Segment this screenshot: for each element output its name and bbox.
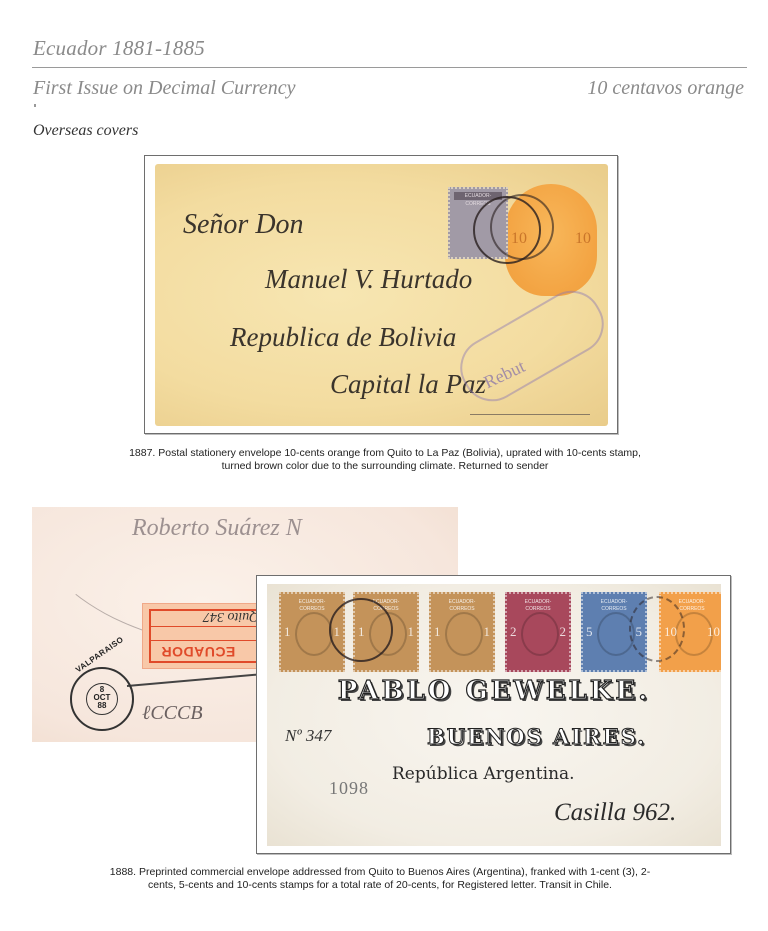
address-line: Señor Don xyxy=(183,209,304,241)
stamp-banner: ECUADOR-CORREOS xyxy=(513,599,563,606)
stamp-value: 5 xyxy=(586,624,593,640)
label-country: ECUADOR xyxy=(161,644,235,660)
embossed-value-right: 10 xyxy=(575,230,591,248)
postmark-date: 8 OCT 88 xyxy=(72,686,132,710)
stamp-coat-of-arms xyxy=(445,612,483,656)
addressee-firm-name: PABLO GEWELKE. xyxy=(267,676,721,706)
header-divider xyxy=(32,67,747,68)
stamp-banner: ECUADOR-CORREOS xyxy=(589,599,639,606)
stamp-value: 1 xyxy=(284,624,291,640)
postmark-town: VALPARAISO xyxy=(74,635,125,675)
registration-number: Nº 347 xyxy=(285,726,331,746)
quito-postmark xyxy=(629,596,685,662)
quito-postmark xyxy=(329,598,393,662)
address-line: Republica de Bolivia xyxy=(230,322,456,353)
address-line: Manuel V. Hurtado xyxy=(265,264,472,295)
addressee-country: República Argentina. xyxy=(392,764,575,784)
stamp-coat-of-arms xyxy=(295,612,333,656)
sender-signature: Roberto Suárez N xyxy=(132,515,302,542)
stamp-issue-label: 10 centavos orange xyxy=(587,77,744,100)
stamp-coat-of-arms xyxy=(521,612,559,656)
stamp-2c: ECUADOR-CORREOS22 xyxy=(505,592,571,672)
registration-label: ECUADOR Quito 347 xyxy=(142,603,272,669)
rebut-handstamp-oval xyxy=(449,280,608,412)
stamp-1c: ECUADOR-CORREOS11 xyxy=(429,592,495,672)
album-page-subtitle: First Issue on Decimal Currency xyxy=(33,77,296,100)
cover-2-caption: 1888. Preprinted commercial envelope add… xyxy=(100,866,660,892)
label-rule xyxy=(149,640,271,641)
postmark-circle xyxy=(490,194,554,260)
address-underline xyxy=(470,414,590,415)
cover-2-frame: ECUADOR-CORREOS11ECUADOR-CORREOS11ECUADO… xyxy=(256,575,731,854)
stamp-value: 1 xyxy=(434,624,441,640)
stamp-banner: ECUADOR-CORREOS xyxy=(437,599,487,606)
po-box: Casilla 962. xyxy=(554,799,676,827)
tick-mark xyxy=(34,104,36,107)
secondary-number: 1098 xyxy=(329,778,369,799)
handwritten-scrawl: ℓCCCB xyxy=(142,702,203,725)
cover-1-caption: 1887. Postal stationery envelope 10-cent… xyxy=(120,447,650,473)
stamp-value: 10 xyxy=(707,624,720,640)
section-title: Overseas covers xyxy=(33,122,138,140)
commercial-envelope: ECUADOR-CORREOS11ECUADOR-CORREOS11ECUADO… xyxy=(267,584,721,846)
postal-stationery-envelope: 10 10 ECUADOR-CORREOS Señor Don Manuel V… xyxy=(155,164,608,426)
stamp-value: 2 xyxy=(510,624,517,640)
valparaiso-transit-postmark: VALPARAISO 8 OCT 88 xyxy=(70,667,134,731)
stamp-value: 1 xyxy=(484,624,491,640)
stamp-value: 2 xyxy=(560,624,567,640)
album-page-title: Ecuador 1881-1885 xyxy=(33,36,205,61)
cover-1-frame: 10 10 ECUADOR-CORREOS Señor Don Manuel V… xyxy=(144,155,618,434)
label-handwriting: Quito 347 xyxy=(203,608,259,624)
stamp-banner: ECUADOR-CORREOS xyxy=(287,599,337,606)
addressee-city: BUENOS AIRES. xyxy=(427,724,646,749)
label-rule xyxy=(149,626,271,627)
stamp-value: 1 xyxy=(408,624,415,640)
postmark-year: 88 xyxy=(72,702,132,710)
